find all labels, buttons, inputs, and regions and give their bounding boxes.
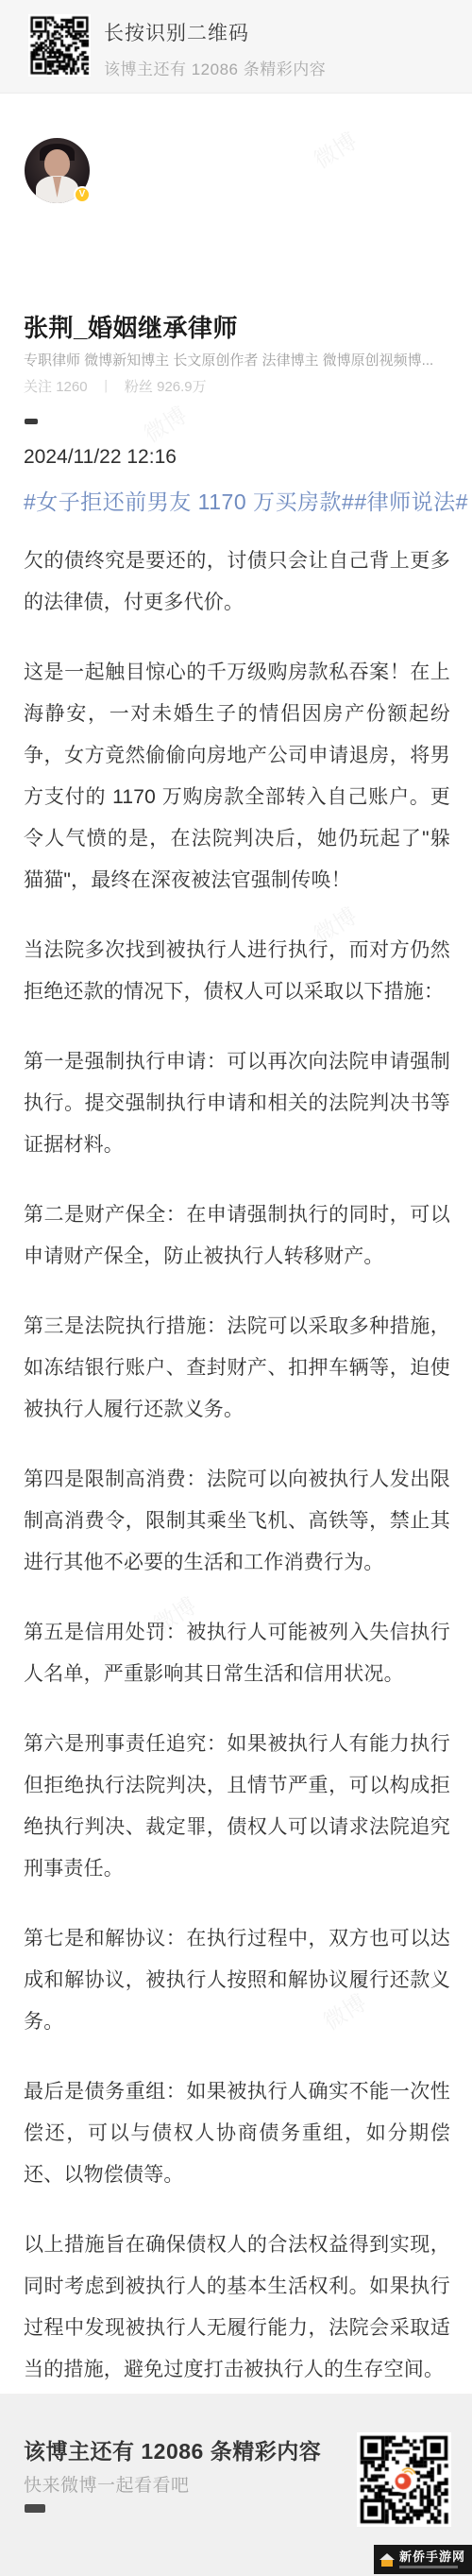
small-logo-mark: [25, 2504, 45, 2513]
profile-qr-code: [28, 14, 91, 77]
share-header: 长按识别二维码 该博主还有 12086 条精彩内容: [0, 0, 472, 94]
post-paragraph: 第五是信用处罚：被执行人可能被列入失信执行人名单，严重影响其日常生活和信用状况。: [24, 1612, 450, 1695]
verified-badge-icon: V: [74, 186, 91, 203]
site-watermark-badge: 新侨手游网: [374, 2545, 472, 2574]
post-paragraph: 以上措施旨在确保债权人的合法权益得到实现，同时考虑到被执行人的基本生活权利。如果…: [24, 2224, 450, 2391]
following-count: 1260: [56, 379, 87, 395]
weibo-qr-code: [357, 2432, 451, 2527]
stats-separator: 丨: [99, 379, 113, 395]
post-paragraph: 第七是和解协议：在执行过程中，双方也可以达成和解协议，被执行人按照和解协议履行还…: [24, 1918, 450, 2043]
avatar[interactable]: V: [25, 138, 90, 203]
house-icon: [379, 2553, 395, 2567]
hashtag-links[interactable]: #女子拒还前男友 1170 万买房款##律师说法#: [24, 485, 468, 516]
profile-name[interactable]: 张荆_婚姻继承律师: [24, 309, 238, 344]
profile-stats: 关注 1260 丨 粉丝 926.9万: [24, 376, 207, 396]
weibo-watermark: 微博: [136, 397, 192, 449]
post-paragraph: 第一是强制执行申请：可以再次向法院申请强制执行。提交强制执行申请和相关的法院判决…: [24, 1041, 450, 1166]
collapsed-marker: [25, 419, 38, 424]
footer-subtitle: 快来微博一起看看吧: [24, 2471, 190, 2497]
post-paragraph: 欠的债终究是要还的，讨债只会让自己背上更多的法律债，付更多代价。: [24, 541, 450, 624]
post-paragraph: 第三是法院执行措施：法院可以采取多种措施，如冻结银行账户、查封财产、扣押车辆等，…: [24, 1306, 450, 1431]
post-paragraph: 最后是债务重组：如果被执行人确实不能一次性偿还，可以与债权人协商债务重组，如分期…: [24, 2071, 450, 2196]
followers-count: 926.9万: [157, 379, 207, 395]
weibo-share-card: 长按识别二维码 该博主还有 12086 条精彩内容 微博 微博 微博 微博 微博…: [0, 0, 472, 2576]
post-timestamp: 2024/11/22 12:16: [24, 446, 177, 469]
watermark-subline: [399, 2566, 458, 2568]
footer-title: 该博主还有 12086 条精彩内容: [24, 2434, 321, 2465]
share-footer: 该博主还有 12086 条精彩内容 快来微博一起看看吧 新侨手游网: [0, 2394, 472, 2576]
post-paragraph: 第二是财产保全：在申请强制执行的同时，可以申请财产保全，防止被执行人转移财产。: [24, 1194, 450, 1278]
scan-hint-text: 长按识别二维码: [104, 18, 326, 46]
more-content-text: 该博主还有 12086 条精彩内容: [104, 56, 326, 79]
weibo-watermark: 微博: [306, 123, 362, 175]
post-paragraph: 这是一起触目惊心的千万级购房款私吞案！在上海静安，一对未婚生子的情侣因房产份额起…: [24, 652, 450, 902]
profile-tags: 专职律师 微博新知博主 长文原创作者 法律博主 微博原创视频博...: [24, 350, 448, 369]
watermark-brand-text: 新侨手游网: [399, 2550, 465, 2564]
post-paragraph: 第六是刑事责任追究：如果被执行人有能力执行但拒绝执行法院判决，且情节严重，可以构…: [24, 1724, 450, 1890]
followers-label: 粉丝: [125, 379, 153, 395]
post-body: 欠的债终究是要还的，讨债只会让自己背上更多的法律债，付更多代价。 这是一起触目惊…: [24, 541, 450, 2419]
post-paragraph: 第四是限制高消费：法院可以向被执行人发出限制高消费令，限制其乘坐飞机、高铁等，禁…: [24, 1459, 450, 1584]
following-label: 关注: [24, 379, 52, 395]
post-paragraph: 当法院多次找到被执行人进行执行，而对方仍然拒绝还款的情况下，债权人可以采取以下措…: [24, 930, 450, 1013]
